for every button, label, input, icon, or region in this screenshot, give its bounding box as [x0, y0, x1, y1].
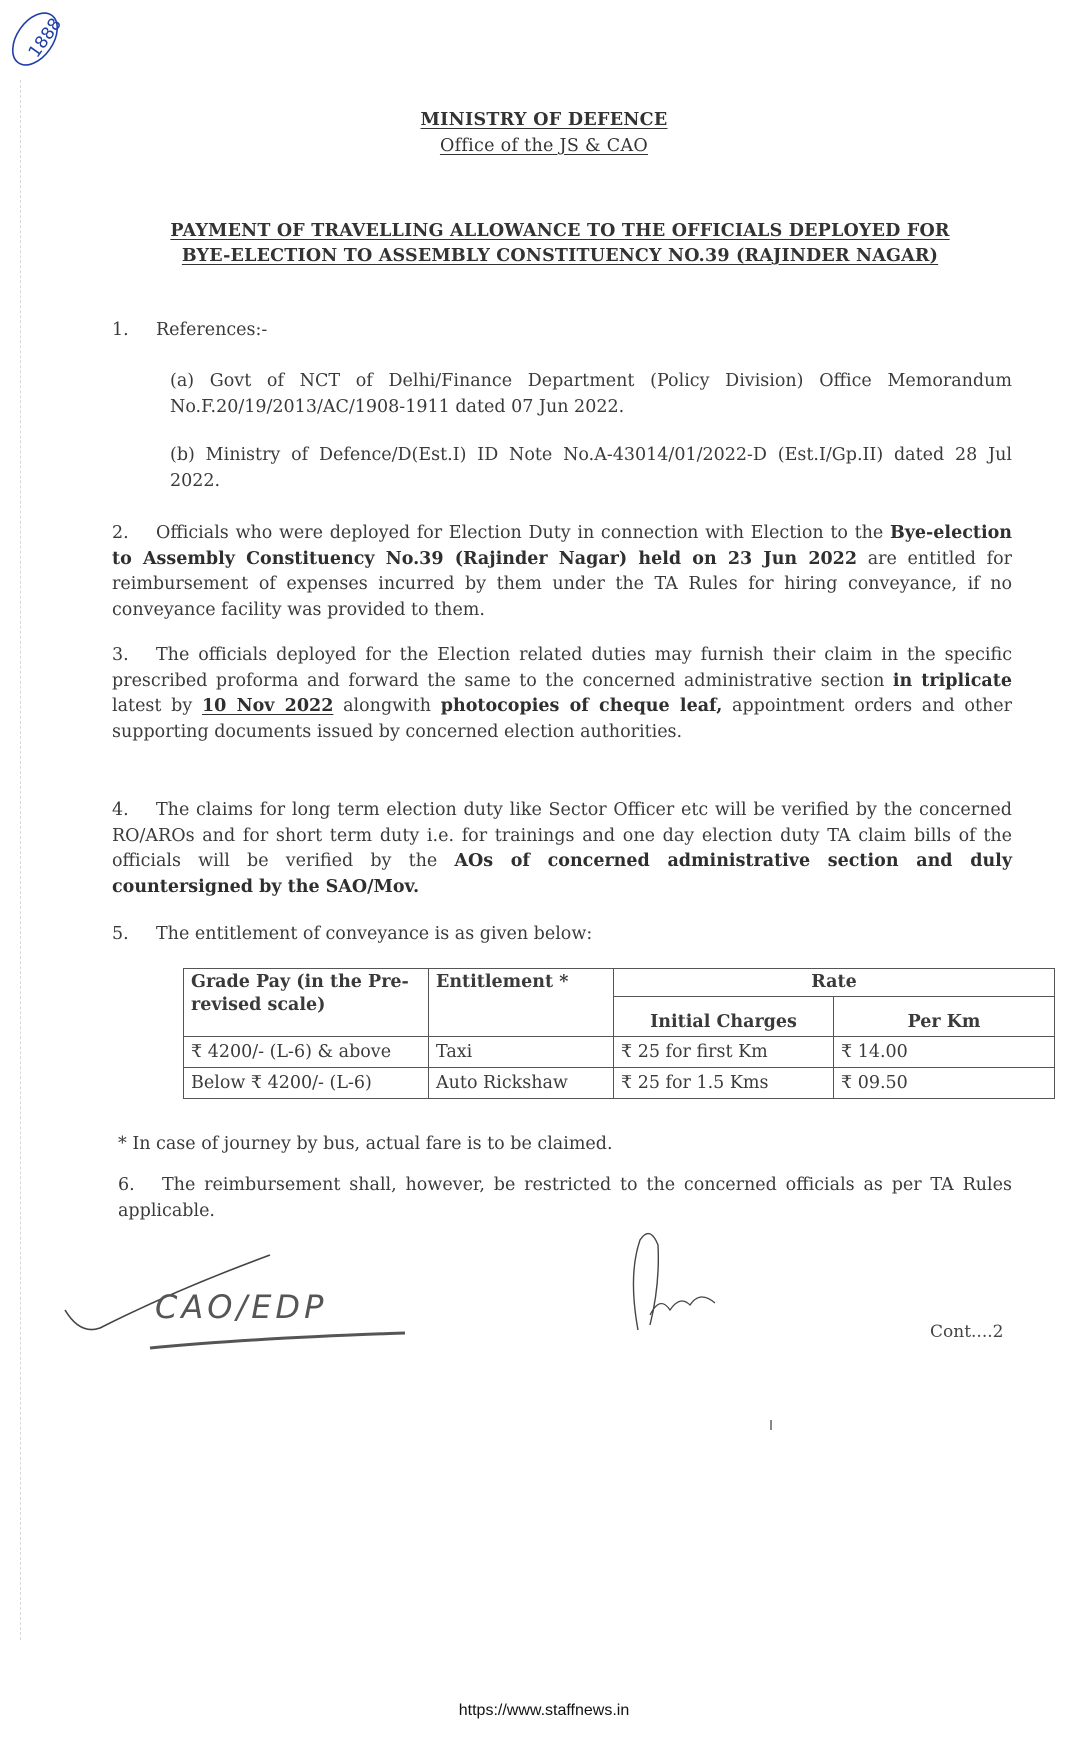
- bus-fare-footnote: * In case of journey by bus, actual fare…: [118, 1134, 613, 1154]
- scan-edge: [20, 80, 22, 1640]
- para-3: 3.The officials deployed for the Electio…: [112, 643, 1012, 745]
- col-entitlement: Entitlement *: [429, 969, 614, 1037]
- col-per-km: Per Km: [834, 997, 1055, 1037]
- col-rate: Rate: [614, 969, 1055, 997]
- footer-url: https://www.staffnews.in: [0, 1702, 1088, 1720]
- conveyance-entitlement-table: Grade Pay (in the Pre-revised scale) Ent…: [183, 968, 1055, 1099]
- reference-b: (b) Ministry of Defence/D(Est.I) ID Note…: [170, 443, 1012, 494]
- document-page: 1888 MINISTRY OF DEFENCE Office of the J…: [0, 0, 1088, 1742]
- handwritten-number-stamp: 1888: [6, 8, 64, 70]
- subject-title-line-2: BYE-ELECTION TO ASSEMBLY CONSTITUENCY NO…: [110, 244, 1010, 269]
- scan-mark: [770, 1420, 772, 1430]
- para-5: 5.The entitlement of conveyance is as gi…: [112, 922, 1012, 948]
- signature: [620, 1225, 740, 1340]
- svg-text:CAO/EDP: CAO/EDP: [155, 1288, 327, 1326]
- table-row: ₹ 4200/- (L-6) & above Taxi ₹ 25 for fir…: [184, 1037, 1055, 1068]
- svg-text:1888: 1888: [25, 15, 64, 62]
- table-row: Below ₹ 4200/- (L-6) Auto Rickshaw ₹ 25 …: [184, 1068, 1055, 1099]
- para-6: 6.The reimbursement shall, however, be r…: [118, 1173, 1012, 1224]
- handwritten-cao-edp-note: CAO/EDP: [55, 1240, 415, 1360]
- para-2: 2.Officials who were deployed for Electi…: [112, 521, 1012, 623]
- subject-title-line-1: PAYMENT OF TRAVELLING ALLOWANCE TO THE O…: [110, 219, 1010, 244]
- ministry-heading: MINISTRY OF DEFENCE: [0, 110, 1088, 130]
- col-initial-charges: Initial Charges: [614, 997, 834, 1037]
- office-heading: Office of the JS & CAO: [0, 136, 1088, 156]
- para-4: 4.The claims for long term election duty…: [112, 798, 1012, 900]
- col-grade-pay: Grade Pay (in the Pre-revised scale): [184, 969, 429, 1037]
- continuation-marker: Cont....2: [930, 1322, 1003, 1342]
- reference-a: (a) Govt of NCT of Delhi/Finance Departm…: [170, 369, 1012, 420]
- para-1: 1.References:-: [112, 318, 1012, 344]
